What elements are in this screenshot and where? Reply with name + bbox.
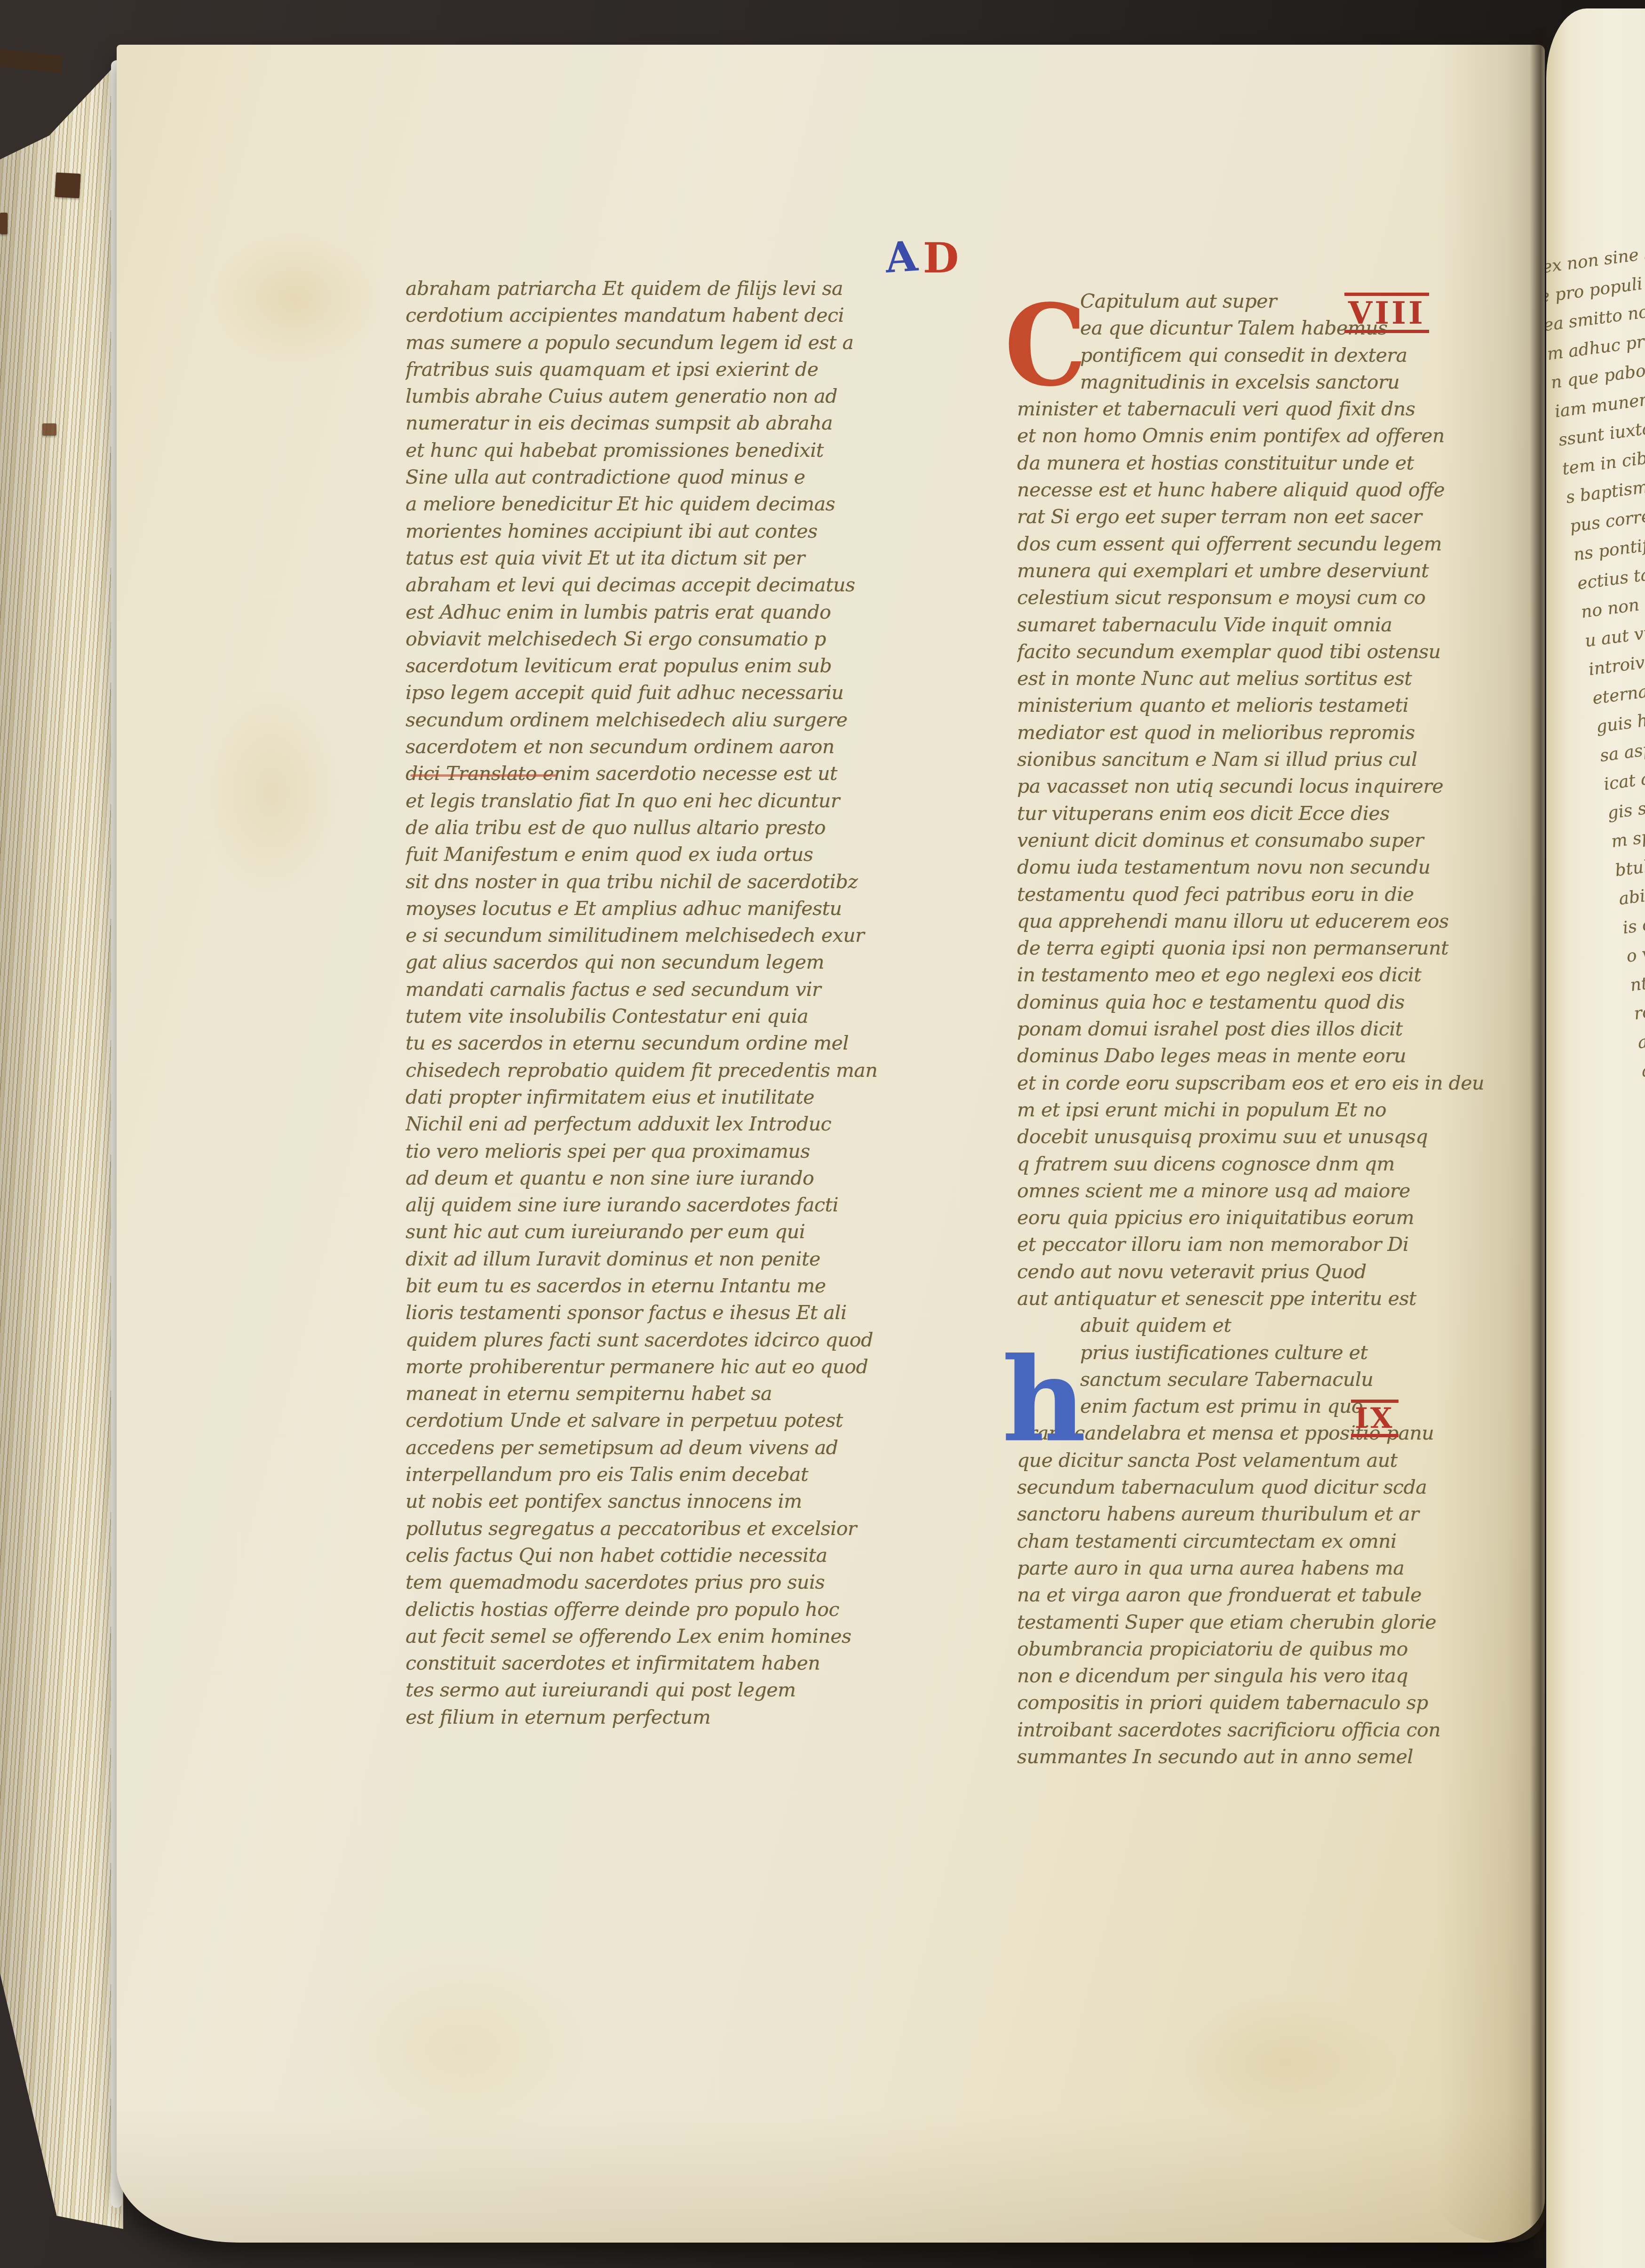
parchment-stain — [173, 200, 418, 398]
manuscript-line: lioris testamenti sponsor factus e ihesu… — [405, 1299, 954, 1326]
manuscript-line: ad deum et quantu e non sine iure iurand… — [405, 1165, 954, 1192]
manuscript-line: mas sumere a populo secundum legem id es… — [405, 329, 954, 356]
manuscript-line: necesse est et hunc habere aliquid quod … — [1017, 477, 1558, 503]
manuscript-line: docebit unusquisq proximu suu et unusqsq — [1017, 1123, 1558, 1150]
manuscript-line: et hunc qui habebat promissiones benedix… — [405, 437, 954, 464]
manuscript-line: da munera et hostias constituitur unde e… — [1017, 450, 1558, 477]
manuscript-line: celis factus Qui non habet cottidie nece… — [405, 1542, 954, 1569]
manuscript-line: et non homo Omnis enim pontifex ad offer… — [1017, 422, 1558, 449]
manuscript-line: interpellandum pro eis Talis enim deceba… — [405, 1461, 954, 1488]
manuscript-line: pa vacasset non utiq secundi locus inqui… — [1017, 773, 1558, 800]
manuscript-line: abraham et levi qui decimas accepit deci… — [405, 572, 954, 598]
manuscript-line: abuit quidem et — [1017, 1312, 1558, 1339]
manuscript-line: Nichil eni ad perfectum adduxit lex Intr… — [405, 1111, 954, 1138]
manuscript-line: cerdotium accipientes mandatum habent de… — [405, 302, 954, 329]
manuscript-line: numeratur in eis decimas sumpsit ab abra… — [405, 410, 954, 437]
manuscript-line: sanctoru habens aureum thuribulum et ar — [1017, 1501, 1558, 1528]
manuscript-line: introibant sacerdotes sacrificioru offic… — [1017, 1717, 1558, 1743]
manuscript-line: a meliore benedicitur Et hic quidem deci… — [405, 491, 954, 517]
manuscript-line: ea que dicuntur Talem habemus — [1017, 315, 1558, 342]
manuscript-line: pontificem qui consedit in dextera — [1017, 342, 1558, 369]
manuscript-line: q fratrem suu dicens cognosce dnm qm — [1017, 1151, 1558, 1178]
manuscript-line: celestium sicut responsum e moysi cum co — [1017, 584, 1558, 611]
manuscript-line: munera qui exemplari et umbre deserviunt — [1017, 557, 1558, 584]
manuscript-line: cendo aut novu veteravit prius Quod — [1017, 1258, 1558, 1285]
manuscript-line: na et virga aaron que fronduerat et tabu… — [1017, 1582, 1558, 1608]
manuscript-line: tes sermo aut iureiurandi qui post legem — [405, 1677, 954, 1703]
bottom-shadow — [117, 2111, 1545, 2243]
manuscript-line: testamenti Super que etiam cherubin glor… — [1017, 1609, 1558, 1636]
manuscript-line: tu es sacerdos in eternu secundum ordine… — [405, 1030, 954, 1057]
manuscript-line: sunt hic aut cum iureiurando per eum qui — [405, 1218, 954, 1245]
manuscript-line: sanctum seculare Tabernaculu — [1017, 1366, 1558, 1393]
manuscript-line: sacerdotum leviticum erat populus enim s… — [405, 653, 954, 679]
leather-cover-edge — [0, 49, 62, 73]
manuscript-line: morte prohiberentur permanere hic aut eo… — [405, 1353, 954, 1380]
manuscript-line: m et ipsi erunt michi in populum Et no — [1017, 1097, 1558, 1123]
manuscript-line: in testamento meo et ego neglexi eos dic… — [1017, 962, 1558, 988]
manuscript-line: minister et tabernaculi veri quod fixit … — [1017, 396, 1558, 422]
chapter-numeral-viii: VIII — [1344, 293, 1429, 333]
red-underline-mark — [410, 774, 557, 777]
manuscript-line: summantes In secundo aut in anno semel — [1017, 1743, 1558, 1770]
manuscript-line: ministerium quanto et melioris testameti — [1017, 692, 1558, 719]
manuscript-line: ut nobis eet pontifex sanctus innocens i… — [405, 1488, 954, 1515]
manuscript-line: secundum tabernaculum quod dicitur scda — [1017, 1474, 1558, 1501]
manuscript-line: de alia tribu est de quo nullus altario … — [405, 814, 954, 841]
manuscript-line: fratribus suis quamquam et ipsi exierint… — [405, 356, 954, 383]
manuscript-line: non e dicendum per singula his vero itaq — [1017, 1663, 1558, 1689]
manuscript-line: constituit sacerdotes et infirmitatem ha… — [405, 1650, 954, 1677]
manuscript-line: dixit ad illum Iuravit dominus et non pe… — [405, 1246, 954, 1273]
manuscript-line: omnes scient me a minore usq ad maiore — [1017, 1178, 1558, 1204]
manuscript-line: dos cum essent qui offerrent secundu leg… — [1017, 531, 1558, 557]
manuscript-line: parte auro in qua urna aurea habens ma — [1017, 1555, 1558, 1582]
manuscript-line: cham testamenti circumtectam ex omni — [1017, 1528, 1558, 1555]
running-header-letter-a: A — [884, 235, 919, 279]
left-text-column: abraham patriarcha Et quidem de filijs l… — [405, 275, 954, 1752]
parchment-stain — [173, 647, 371, 939]
manuscript-line: domu iuda testamentum novu non secundu — [1017, 854, 1558, 881]
manuscript-line: rat Si ergo eet super terram non eet sac… — [1017, 503, 1558, 530]
manuscript-line: ponam domui israhel post dies illos dici… — [1017, 1016, 1558, 1042]
manuscript-line: eoru quia ppicius ero iniquitatibus eoru… — [1017, 1204, 1558, 1231]
running-header-letter-d: D — [923, 237, 959, 279]
manuscript-line: testamentu quod feci patribus eoru in di… — [1017, 881, 1558, 908]
manuscript-line: sumaret tabernaculu Vide inquit omnia — [1017, 612, 1558, 638]
manuscript-line: pollutus segregatus a peccatoribus et ex… — [405, 1515, 954, 1542]
manuscript-line: est Adhuc enim in lumbis patris erat qua… — [405, 599, 954, 626]
manuscript-line: gat alius sacerdos qui non secundum lege… — [405, 949, 954, 976]
manuscript-line: dominus quia hoc e testamentu quod dis — [1017, 989, 1558, 1016]
leather-bookmark-tab — [42, 423, 56, 436]
manuscript-line: mandati carnalis factus e sed secundum v… — [405, 976, 954, 1003]
manuscript-line: accedens per semetipsum ad deum vivens a… — [405, 1434, 954, 1461]
manuscript-line: tio vero melioris spei per qua proximamu… — [405, 1138, 954, 1165]
manuscript-line: delictis hostias offerre deinde pro popu… — [405, 1596, 954, 1623]
next-page-edge: fex non sine sange pro populi ignoraea s… — [1546, 8, 1645, 2268]
manuscript-line: e si secundum similitudinem melchisedech… — [405, 922, 954, 949]
manuscript-line: chisedech reprobatio quidem fit preceden… — [405, 1057, 954, 1084]
manuscript-line: et peccator illoru iam non memorabor Di — [1017, 1231, 1558, 1258]
chapter-initial-c: C — [1005, 299, 1087, 393]
manuscript-line: abraham patriarcha Et quidem de filijs l… — [405, 275, 954, 302]
manuscript-line: lumbis abrahe Cuius autem generatio non … — [405, 383, 954, 410]
manuscript-line: dati propter infirmitatem eius et inutil… — [405, 1084, 954, 1111]
page-stack-shading — [0, 41, 123, 2229]
manuscript-line: facito secundum exemplar quod tibi osten… — [1017, 638, 1558, 665]
manuscript-line: est filium in eternum perfectum — [405, 1704, 954, 1731]
manuscript-line: prius iustificationes culture et — [1017, 1339, 1558, 1366]
manuscript-line: sit dns noster in qua tribu nichil de sa… — [405, 868, 954, 895]
page-stack-fore-edge — [0, 41, 123, 2229]
chapter-initial-h: h — [1002, 1351, 1086, 1450]
manuscript-line: aut fecit semel se offerendo Lex enim ho… — [405, 1623, 954, 1650]
recto-text-fragments: fex non sine sange pro populi ignoraea s… — [1546, 212, 1645, 1860]
right-text-column: Capitulum aut superea que dicuntur Talem… — [1017, 288, 1558, 1807]
manuscript-line: Sine ulla aut contradictione quod minus … — [405, 464, 954, 491]
manuscript-line: enim factum est primu in quo — [1017, 1393, 1558, 1420]
manuscript-line: et legis translatio fiat In quo eni hec … — [405, 788, 954, 814]
manuscript-line: cerdotium Unde et salvare in perpetuu po… — [405, 1407, 954, 1434]
manuscript-line: aut antiquatur et senescit ppe interitu … — [1017, 1285, 1558, 1312]
manuscript-line: compositis in priori quidem tabernaculo … — [1017, 1689, 1558, 1716]
leather-bookmark-tab — [0, 213, 8, 234]
chapter-numeral-ix: IX — [1351, 1400, 1399, 1437]
manuscript-line: dici Translato enim sacerdotio necesse e… — [405, 760, 954, 787]
manuscript-line: tur vituperans enim eos dicit Ecce dies — [1017, 800, 1558, 827]
manuscript-line: sionibus sancitum e Nam si illud prius c… — [1017, 746, 1558, 773]
manuscript-line: alij quidem sine iure iurando sacerdotes… — [405, 1192, 954, 1218]
manuscript-line: tatus est quia vivit Et ut ita dictum si… — [405, 545, 954, 572]
manuscript-line: maneat in eternu sempiternu habet sa — [405, 1380, 954, 1407]
manuscript-line: mediator est quod in melioribus repromis — [1017, 719, 1558, 746]
leather-bookmark-tab — [55, 173, 81, 199]
manuscript-line: magnitudinis in excelsis sanctoru — [1017, 369, 1558, 396]
manuscript-line: que dicitur sancta Post velamentum aut — [1017, 1447, 1558, 1474]
manuscript-line: morientes homines accipiunt ibi aut cont… — [405, 518, 954, 545]
manuscript-line: ipso legem accepit quid fuit adhuc neces… — [405, 679, 954, 706]
manuscript-line: Capitulum aut super — [1017, 288, 1558, 315]
manuscript-line: est in monte Nunc aut melius sortitus es… — [1017, 665, 1558, 692]
manuscript-line: et in corde eoru supscribam eos et ero e… — [1017, 1070, 1558, 1097]
manuscript-line: sacerdotem et non secundum ordinem aaron — [405, 733, 954, 760]
manuscript-line: bit eum tu es sacerdos in eternu Intantu… — [405, 1273, 954, 1299]
manuscript-line: moyses locutus e Et amplius adhuc manife… — [405, 895, 954, 922]
manuscript-line: qua apprehendi manu illoru ut educerem e… — [1017, 908, 1558, 935]
manuscript-line: dominus Dabo leges meas in mente eoru — [1017, 1042, 1558, 1069]
manuscript-line: quidem plures facti sunt sacerdotes idci… — [405, 1327, 954, 1353]
manuscript-line: tutem vite insolubilis Contestatur eni q… — [405, 1003, 954, 1030]
manuscript-line: veniunt dicit dominus et consumabo super — [1017, 827, 1558, 854]
manuscript-line: tem quemadmodu sacerdotes prius pro suis — [405, 1569, 954, 1596]
manuscript-line: obumbrancia propiciatoriu de quibus mo — [1017, 1636, 1558, 1663]
manuscript-line: erant candelabra et mensa et ppositio pa… — [1017, 1420, 1558, 1447]
manuscript-line: secundum ordinem melchisedech aliu surge… — [405, 707, 954, 733]
manuscript-line: obviavit melchisedech Si ergo consumatio… — [405, 626, 954, 653]
manuscript-line: fuit Manifestum e enim quod ex iuda ortu… — [405, 841, 954, 868]
manuscript-line: de terra egipti quonia ipsi non permanse… — [1017, 935, 1558, 962]
